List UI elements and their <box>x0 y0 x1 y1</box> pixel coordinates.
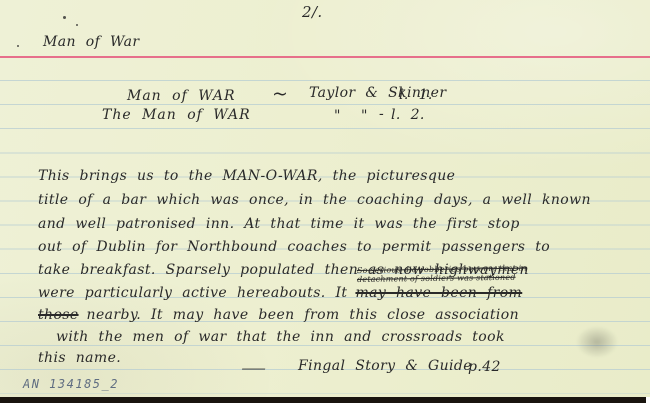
ink-dot <box>63 16 66 19</box>
ref1-locus: l. 1. <box>399 87 433 103</box>
catalog-number-stamp: AN 134185_2 <box>23 377 119 391</box>
body-line-6-text: were particularly active hereabouts. It <box>38 285 347 301</box>
ink-smudge <box>576 326 618 358</box>
ref2-dash: - <box>379 106 384 122</box>
ref2-ditto-mark: " <box>334 108 341 124</box>
body-line-9: this name. <box>38 350 121 366</box>
attribution-dash: — <box>241 361 267 377</box>
index-card: 2/. Man of War Man of WAR ~ Taylor & Ski… <box>0 0 650 397</box>
blue-ruled-lines <box>0 80 650 394</box>
body-line-4: out of Dublin for Northbound coaches to … <box>38 239 550 255</box>
body-line-1: This brings us to the MAN-O-WAR, the pic… <box>38 168 455 184</box>
body-line-2: title of a bar which was once, in the co… <box>38 192 591 208</box>
body-line-7-text: nearby. It may have been from this close… <box>87 307 519 323</box>
body-line-7-struck-text: those <box>38 307 79 323</box>
scan-edge-shadow <box>0 397 646 403</box>
attribution-page: p.42 <box>468 359 501 375</box>
ref2-ditto-mark: " <box>361 108 368 124</box>
ref1-tilde: ~ <box>272 83 288 105</box>
scanned-index-card-page: 2/. Man of War Man of WAR ~ Taylor & Ski… <box>0 0 650 410</box>
ink-dot <box>76 24 78 26</box>
ref1-name: Man of WAR <box>127 88 236 104</box>
red-header-rule <box>0 56 650 58</box>
body-line-8: with the men of war that the inn and cro… <box>56 329 505 345</box>
attribution-source: Fingal Story & Guide <box>298 358 472 374</box>
ink-dot <box>17 45 19 47</box>
card-title: Man of War <box>43 34 139 50</box>
page-number-mark: 2/. <box>302 3 323 21</box>
body-line-3: and well patronised inn. At that time it… <box>38 216 520 232</box>
body-line-7: thosenearby. It may have been from this … <box>38 307 519 323</box>
ref2-locus: l. 2. <box>391 107 425 123</box>
body-line-6: were particularly active hereabouts. Itm… <box>38 285 522 301</box>
body-line-6-struck-text: may have been from <box>355 285 522 301</box>
interlinear-insertion: So serious did robberies become that in … <box>357 262 635 284</box>
ref2-name: The Man of WAR <box>102 107 251 123</box>
